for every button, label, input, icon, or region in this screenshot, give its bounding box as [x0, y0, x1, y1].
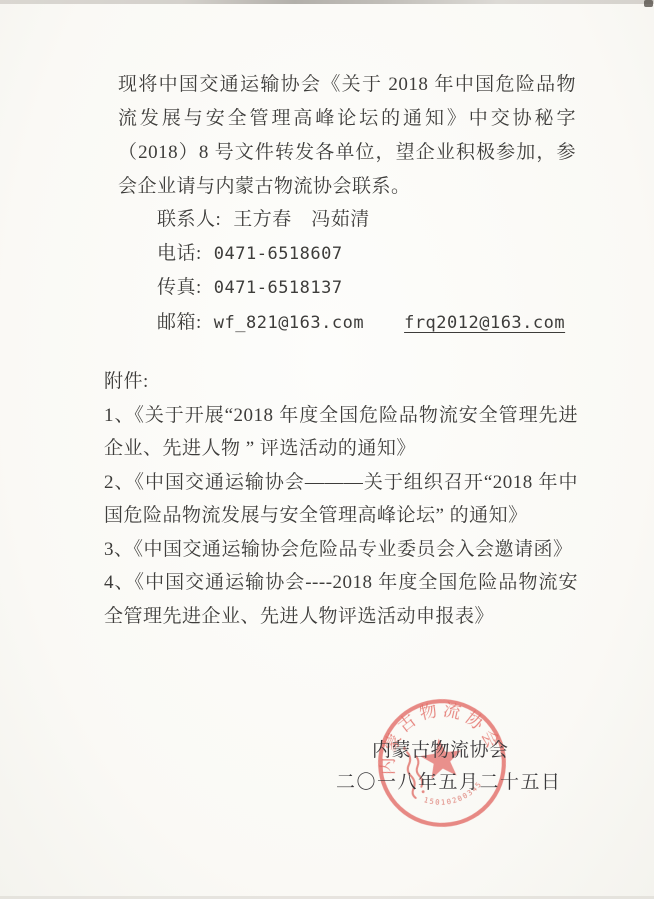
contact-person-names: 王方春 冯茹清 [233, 209, 370, 230]
attachment-item-1: 1、《关于开展“2018 年度全国危险品物流安全管理先进企业、先进人物 ” 评选… [104, 399, 578, 466]
scan-corner-mark [644, 0, 653, 7]
attachment-item-3: 3、《中国交通运输协会危险品专业委员会入会邀请函》 [104, 533, 578, 567]
attachments-block: 附件: 1、《关于开展“2018 年度全国危险品物流安全管理先进企业、先进人物 … [104, 365, 578, 633]
attachment-item-2: 2、《中国交通运输协会———关于组织召开“2018 年中国危险品物流发展与安全管… [104, 466, 578, 533]
contact-person-row: 联系人:王方春 冯茹清 [157, 203, 617, 237]
signature-organization: 内蒙古物流协会 [372, 735, 509, 762]
contact-person-label: 联系人: [157, 209, 221, 230]
fax-row: 传真:0471-6518137 [157, 271, 617, 306]
phone-row: 电话:0471-6518607 [157, 237, 617, 272]
email-row: 邮箱:wf_821@163.comfrq2012@163.com [157, 306, 617, 341]
scan-edge-artifact-top [0, 0, 654, 4]
email-address-2: frq2012@163.com [404, 313, 565, 333]
fax-number: 0471-6518137 [214, 278, 343, 298]
signature-date: 二〇一八年五月二十五日 [336, 767, 562, 794]
scanned-document-page: 现将中国交通运输协会《关于 2018 年中国危险品物流发展与安全管理高峰论坛的通… [0, 0, 654, 899]
fax-label: 传真: [157, 277, 202, 298]
attachments-title: 附件: [104, 365, 578, 399]
phone-label: 电话: [157, 243, 202, 264]
body-paragraph: 现将中国交通运输协会《关于 2018 年中国危险品物流发展与安全管理高峰论坛的通… [118, 68, 576, 204]
official-seal-stamp: 内蒙古物流协会 15010200345 [366, 687, 517, 838]
email-label: 邮箱: [157, 312, 202, 333]
attachment-item-4: 4、《中国交通运输协会----2018 年度全国危险品物流安全管理先进企业、先进… [104, 566, 578, 633]
phone-number: 0471-6518607 [214, 244, 343, 264]
email-address-1: wf_821@163.com [214, 313, 364, 333]
contact-block: 联系人:王方春 冯茹清 电话:0471-6518607 传真:0471-6518… [157, 203, 617, 340]
